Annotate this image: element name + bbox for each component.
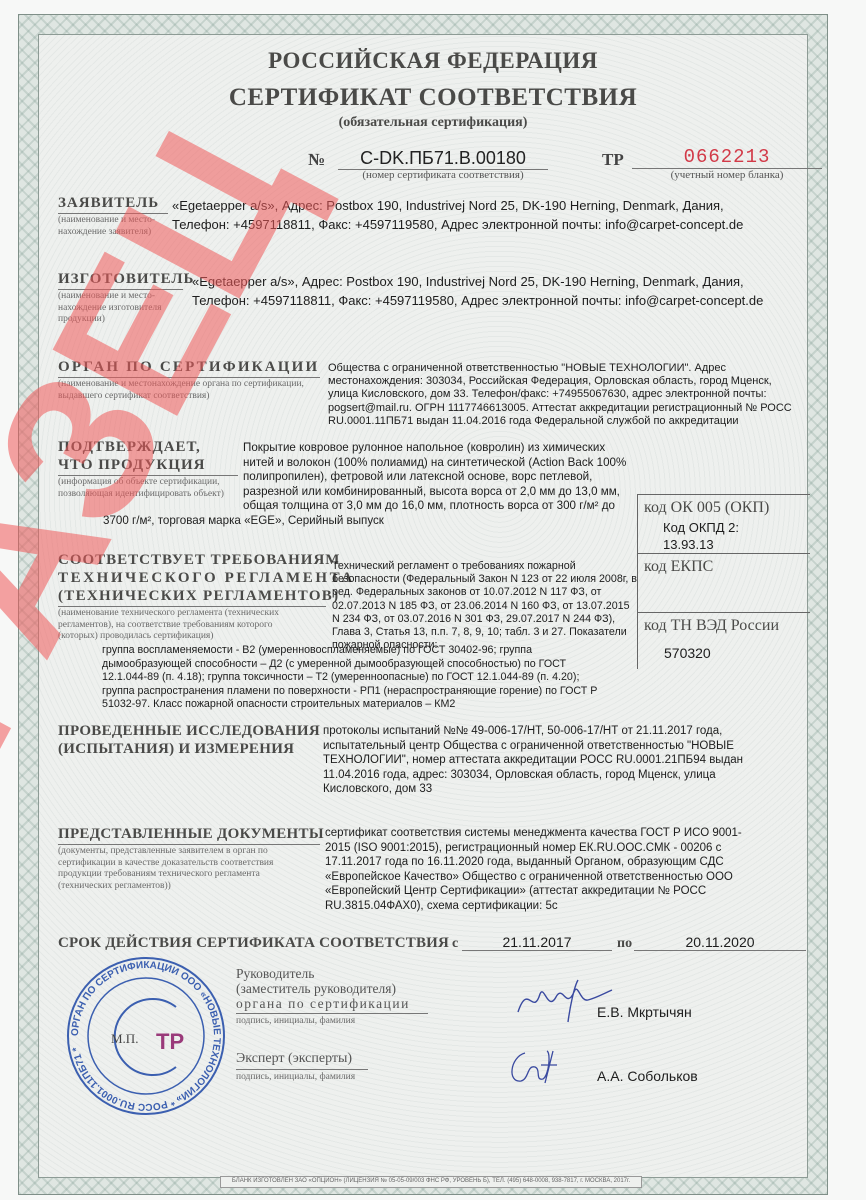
code-okpd-label: Код ОКПД 2: xyxy=(663,520,810,536)
manufacturer-rule xyxy=(58,289,183,290)
blank-manufacturer-fine-print: БЛАНК ИЗГОТОВЛЕН ЗАО «ОПЦИОН» (ЛИЦЕНЗИЯ … xyxy=(220,1176,642,1188)
head-caption: подпись, инициалы, фамилия xyxy=(236,1016,355,1028)
applicant-rule xyxy=(58,213,168,214)
head-name: Е.В. Мкртычян xyxy=(597,1004,692,1020)
validity-heading: СРОК ДЕЙСТВИЯ СЕРТИФИКАТА СООТВЕТСТВИЯ xyxy=(58,934,458,952)
regulation-text: Технический регламент о требованиях пожа… xyxy=(332,560,638,652)
regulation-heading-1: СООТВЕТСТВУЕТ ТРЕБОВАНИЯМ xyxy=(58,551,358,569)
regulation-heading-2: ТЕХНИЧЕСКОГО РЕГЛАМЕНТА xyxy=(58,569,358,587)
head-title: Руководитель (заместитель руководителя) … xyxy=(236,966,436,1011)
certification-body-stamp: ОРГАН ПО СЕРТИФИКАЦИИ ООО «НОВЫЕ ТЕХНОЛО… xyxy=(56,957,236,1115)
tests-heading-2: (ИСПЫТАНИЯ) И ИЗМЕРЕНИЯ xyxy=(58,740,348,758)
manufacturer-line2: Телефон: +4597118811, Факс: +4597119580,… xyxy=(192,293,822,309)
regulation-text-continued: группа воспламеняемости - В2 (умеренново… xyxy=(102,644,612,712)
product-rule xyxy=(58,475,238,476)
head-rule xyxy=(236,1013,428,1014)
manufacturer-line1: «Egetaepper a/s», Адрес: Postbox 190, In… xyxy=(192,274,822,290)
code-tnved-heading: код ТН ВЭД России xyxy=(644,617,810,635)
validity-to-label: по xyxy=(617,936,632,952)
tr-logo-icon: ТР xyxy=(156,1029,184,1054)
stamp-ring-text: ОРГАН ПО СЕРТИФИКАЦИИ ООО «НОВЫЕ ТЕХНОЛО… xyxy=(70,960,222,1112)
applicant-line2: Телефон: +4597118811, Факс: +4597119580,… xyxy=(172,217,812,233)
expert-name: А.А. Собольков xyxy=(597,1068,698,1084)
head-signature xyxy=(508,972,618,1032)
number-label: № xyxy=(308,150,325,170)
regulation-heading-3: (ТЕХНИЧЕСКИХ РЕГЛАМЕНТОВ) xyxy=(58,587,358,605)
validity-to-date: 20.11.2020 xyxy=(634,934,806,951)
blank-number: 0662213 xyxy=(632,146,822,169)
expert-signature xyxy=(505,1045,565,1090)
expert-rule xyxy=(236,1069,368,1070)
tests-text: протоколы испытаний №№ 49-006-17/НТ, 50-… xyxy=(323,724,768,797)
certificate-title: СЕРТИФИКАТ СООТВЕТСТВИЯ xyxy=(0,84,866,112)
documents-rule xyxy=(58,844,320,845)
expert-caption: подпись, инициалы, фамилия xyxy=(236,1072,355,1084)
code-okp-heading: код ОК 005 (ОКП) xyxy=(644,499,810,517)
product-heading: ПОДТВЕРЖДАЕТ, ЧТО ПРОДУКЦИЯ xyxy=(58,438,238,474)
applicant-caption: (наименование и место-нахождение заявите… xyxy=(58,215,170,238)
code-okp-box: код ОК 005 (ОКП) Код ОКПД 2: 13.93.13 xyxy=(637,494,810,555)
head-title-line2: (заместитель руководителя) xyxy=(236,981,436,996)
head-title-line1: Руководитель xyxy=(236,966,436,981)
seal-label: М.П. xyxy=(111,1031,138,1046)
manufacturer-caption: (наименование и место-нахождение изготов… xyxy=(58,291,176,326)
certificate-subtitle: (обязательная сертификация) xyxy=(0,115,866,131)
certificate-number: C-DK.ПБ71.В.00180 xyxy=(338,148,548,170)
blank-number-caption: (учетный номер бланка) xyxy=(632,169,822,181)
product-caption: (информация об объекте сертификации, поз… xyxy=(58,477,238,500)
validity-from-date: 21.11.2017 xyxy=(462,934,612,951)
code-tnved-box: код ТН ВЭД России 570320 xyxy=(637,612,810,669)
certificate-number-caption: (номер сертификата соответствия) xyxy=(338,169,548,181)
product-text: Покрытие ковровое рулонное напольное (ко… xyxy=(243,441,633,514)
cert-body-caption: (наименование и местонахождение органа п… xyxy=(58,379,320,402)
country-title: РОССИЙСКАЯ ФЕДЕРАЦИЯ xyxy=(0,48,866,74)
regulation-caption: (наименование технического регламента (т… xyxy=(58,608,286,643)
validity-from-label: с xyxy=(452,936,458,952)
svg-text:ОРГАН ПО СЕРТИФИКАЦИИ ООО «НОВ: ОРГАН ПО СЕРТИФИКАЦИИ ООО «НОВЫЕ ТЕХНОЛО… xyxy=(70,960,222,1112)
code-ekps-heading: код ЕКПС xyxy=(644,558,810,576)
code-okpd-value: 13.93.13 xyxy=(663,537,810,553)
documents-caption: (документы, представленные заявителем в … xyxy=(58,846,288,892)
documents-text: сертификат соответствия системы менеджме… xyxy=(325,826,755,914)
cert-body-heading: ОРГАН ПО СЕРТИФИКАЦИИ xyxy=(58,358,348,376)
product-text-continued: 3700 г/м², торговая марка «EGE», Серийны… xyxy=(103,514,623,527)
applicant-line1: «Egetaepper a/s», Адрес: Postbox 190, In… xyxy=(172,198,812,214)
documents-heading: ПРЕДСТАВЛЕННЫЕ ДОКУМЕНТЫ xyxy=(58,825,348,843)
tests-heading-1: ПРОВЕДЕННЫЕ ИССЛЕДОВАНИЯ xyxy=(58,722,348,740)
expert-title: Эксперт (эксперты) xyxy=(236,1051,352,1067)
code-ekps-box: код ЕКПС xyxy=(637,553,810,614)
head-title-line3: органа по сертификации xyxy=(236,996,436,1011)
tp-label: ТР xyxy=(602,150,624,170)
regulation-rule xyxy=(58,606,326,607)
cert-body-rule xyxy=(58,377,320,378)
cert-body-text: Общества с ограниченной ответственностью… xyxy=(328,362,798,428)
code-tnved-value: 570320 xyxy=(664,645,810,661)
